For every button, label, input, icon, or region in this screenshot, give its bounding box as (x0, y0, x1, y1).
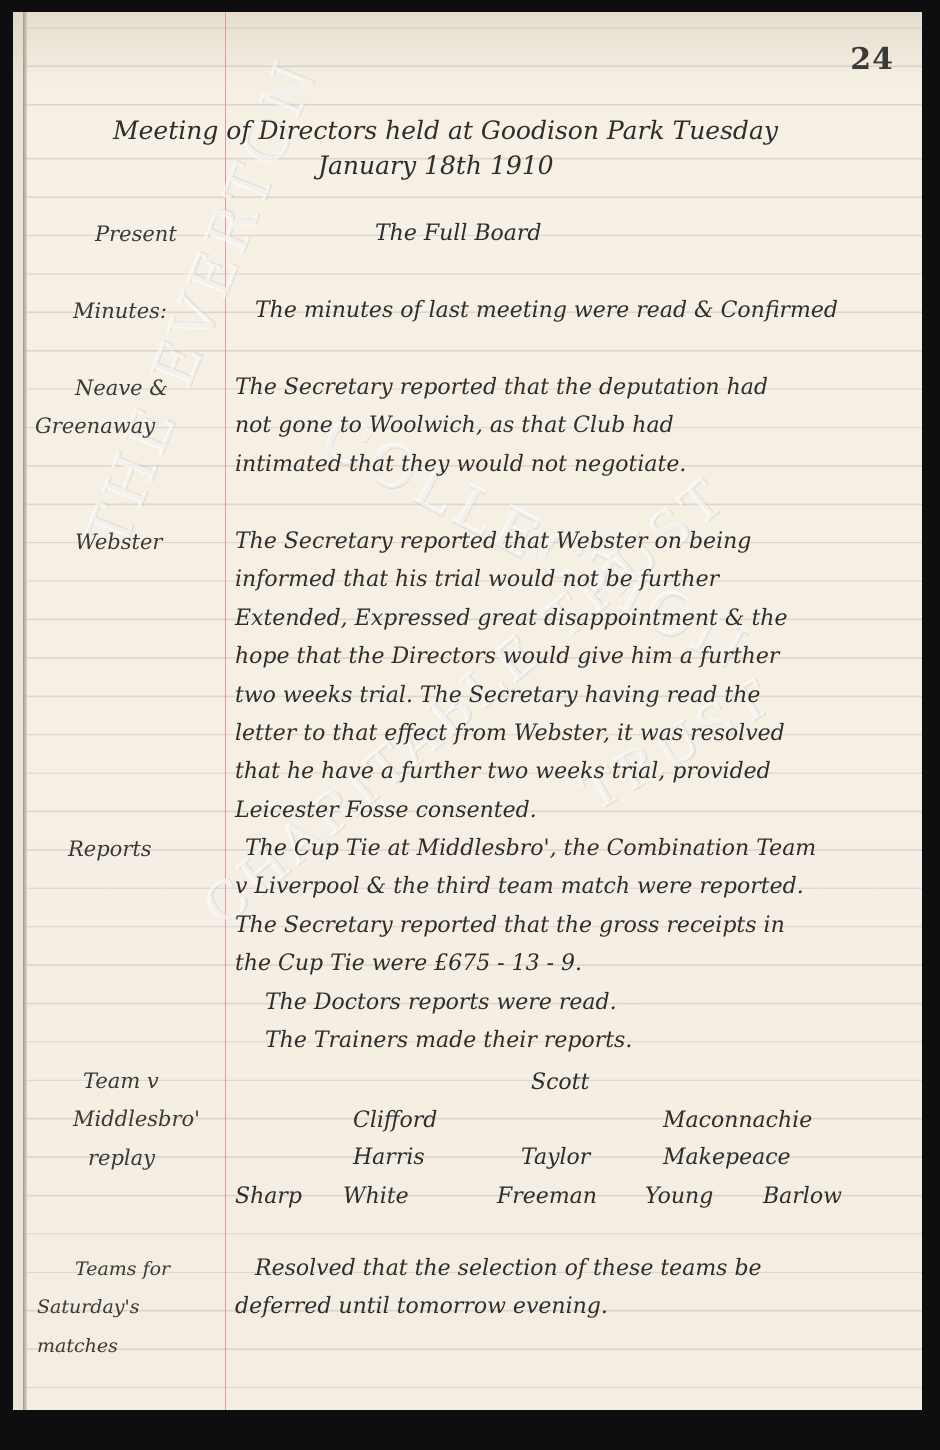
side-label-minutes: Minutes: (13, 292, 225, 330)
entry-line: The Trainers made their reports. (235, 1022, 915, 1060)
entry-line: informed that his trial would not be fur… (235, 561, 915, 599)
side-label-text: Middlesbro' (13, 1100, 225, 1138)
entry-line: Leicester Fosse consented. (235, 792, 915, 830)
entry-line: that he have a further two weeks trial, … (235, 753, 915, 791)
entry-line: The Doctors reports were read. (235, 984, 915, 1022)
team-forward: Freeman (497, 1184, 597, 1209)
entry-line: The Full Board (235, 215, 915, 253)
side-label-text: Team v (13, 1062, 225, 1100)
team-forward: White (343, 1184, 409, 1209)
team-forward: Sharp (235, 1184, 302, 1209)
side-label-reports: Reports (13, 830, 225, 868)
entry-line: The minutes of last meeting were read & … (235, 292, 915, 330)
entry-line: v Liverpool & the third team match were … (235, 868, 915, 906)
entry-line: The Secretary reported that Webster on b… (235, 523, 915, 561)
page-shading (13, 12, 922, 82)
entry-line: The Secretary reported that the deputati… (235, 369, 915, 407)
side-label-text: Present (13, 222, 177, 246)
entry-line: The Secretary reported that the gross re… (235, 907, 915, 945)
entry-webster: The Secretary reported that Webster on b… (235, 523, 915, 830)
entry-neave-greenaway: The Secretary reported that the deputati… (235, 369, 915, 484)
receipts-line: the Cup Tie were £675 - 13 - 9. (235, 945, 915, 983)
entry-line: deferred until tomorrow evening. (235, 1288, 915, 1326)
side-label-text: Neave & (13, 369, 225, 407)
side-label-text: Webster (13, 530, 162, 554)
entry-line: two weeks trial. The Secretary having re… (235, 677, 915, 715)
side-label-text: Reports (13, 837, 152, 861)
side-label-webster: Webster (13, 523, 225, 561)
entry-reports: The Cup Tie at Middlesbro', the Combinat… (235, 830, 915, 1060)
entry-present: The Full Board (235, 215, 915, 253)
team-half-back: Makepeace (663, 1145, 791, 1170)
ledger-page: THE EVERTON COLLECTION CHARITABLE TRUST … (13, 12, 922, 1410)
entry-minutes: The minutes of last meeting were read & … (235, 292, 915, 330)
side-label-team-replay: Team v Middlesbro' replay (13, 1062, 225, 1177)
entry-line: not gone to Woolwich, as that Club had (235, 407, 915, 445)
side-label-text: replay (13, 1139, 225, 1177)
entry-line: Resolved that the selection of these tea… (235, 1250, 915, 1288)
team-back: Maconnachie (663, 1108, 812, 1133)
entry-line: hope that the Directors would give him a… (235, 638, 915, 676)
side-label-text: Minutes: (13, 299, 167, 323)
team-half-back: Taylor (521, 1145, 590, 1170)
side-label-teams-saturday: Teams for Saturday's matches (13, 1250, 225, 1365)
side-label-text: Teams for (13, 1250, 225, 1288)
side-label-present: Present (13, 215, 225, 253)
team-goalkeeper: Scott (531, 1070, 589, 1095)
team-back: Clifford (353, 1108, 437, 1133)
entry-line: letter to that effect from Webster, it w… (235, 715, 915, 753)
team-half-back: Harris (353, 1145, 425, 1170)
entry-line: Extended, Expressed great disappointment… (235, 600, 915, 638)
minutes-date: January 18th 1910 (318, 147, 554, 185)
entry-line: The Cup Tie at Middlesbro', the Combinat… (235, 830, 915, 868)
side-label-neave-greenaway: Neave & Greenaway (13, 369, 225, 446)
entry-teams-saturday: Resolved that the selection of these tea… (235, 1250, 915, 1327)
team-forward: Barlow (763, 1184, 842, 1209)
side-label-text: Saturday's matches (13, 1288, 225, 1365)
side-label-text: Greenaway (13, 407, 225, 445)
team-forward: Young (645, 1184, 713, 1209)
entry-line: intimated that they would not negotiate. (235, 446, 915, 484)
margin-rule (225, 12, 226, 1410)
page-number: 24 (850, 42, 894, 77)
minutes-title: Meeting of Directors held at Goodison Pa… (113, 112, 778, 150)
